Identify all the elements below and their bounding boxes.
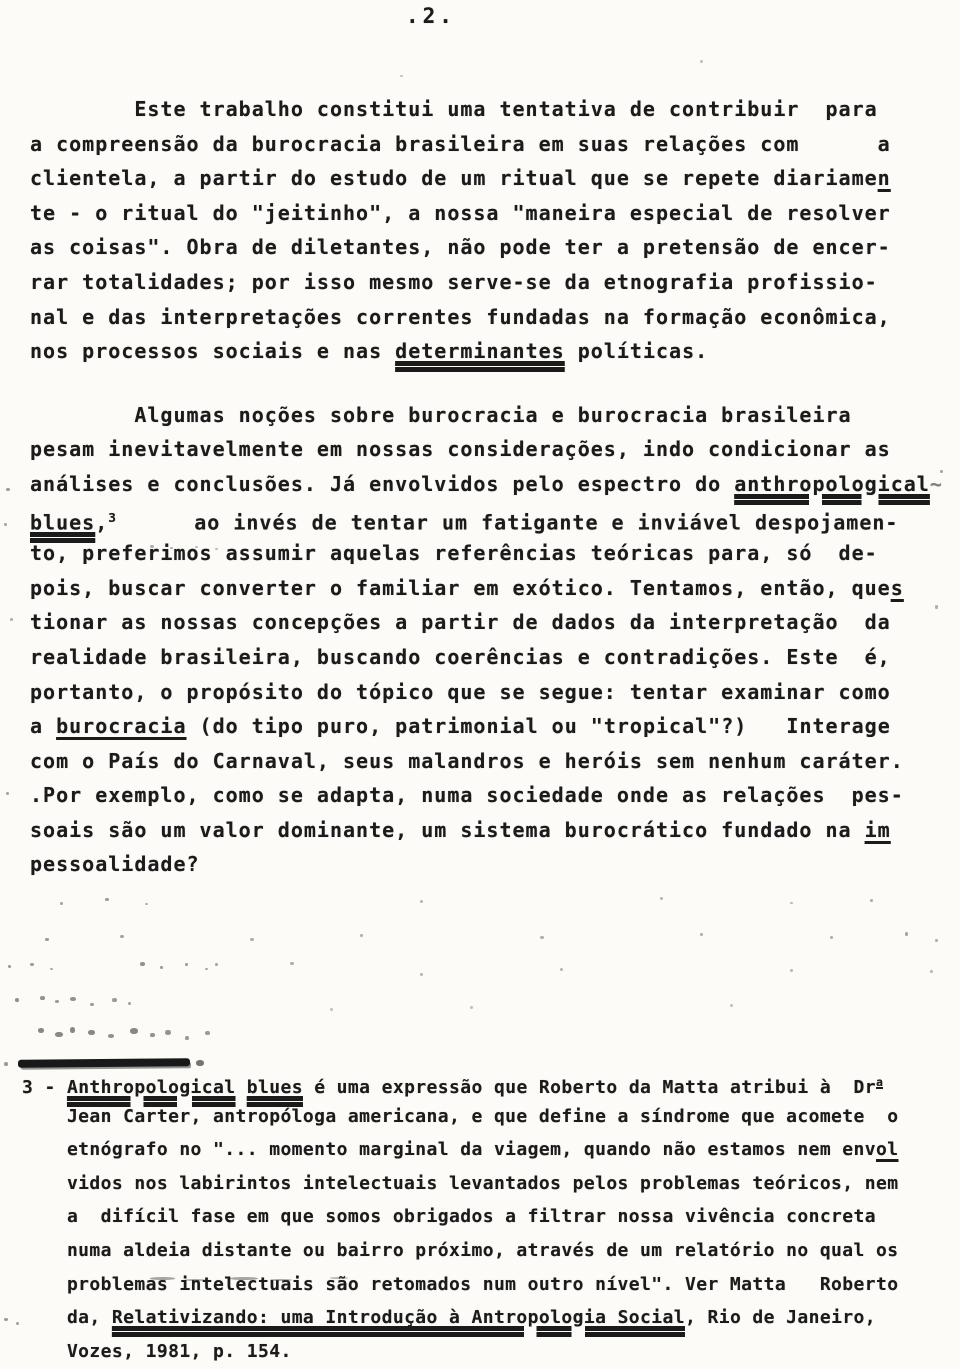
- scan-speckle: [45, 938, 49, 941]
- text-line: problemas intelectuais são retomados num…: [22, 1268, 956, 1302]
- body-paragraph: Este trabalho constitui uma tentativa de…: [30, 92, 956, 369]
- scan-speckle: [140, 962, 145, 966]
- page-number: .2.: [406, 4, 456, 28]
- text-segment: pesam inevitavelmente em nossas consider…: [30, 437, 891, 461]
- underlined-text: s: [891, 576, 904, 600]
- superscript: a: [876, 1075, 883, 1089]
- scan-speckle: [70, 1027, 75, 1033]
- scan-speckle: [400, 75, 403, 77]
- text-line: nal e das interpretações correntes funda…: [30, 300, 956, 335]
- scan-speckle: [290, 962, 294, 965]
- text-segment: pois, buscar converter o familiar em exó…: [30, 576, 891, 600]
- text-line: Algumas noções sobre burocracia e burocr…: [30, 398, 956, 433]
- text-segment: 3 -: [22, 1077, 67, 1098]
- text-segment: as coisas". Obra de diletantes, não pode…: [30, 235, 891, 259]
- text-segment: a compreensão da burocracia brasileira e…: [30, 132, 891, 156]
- text-segment: ~: [930, 472, 943, 496]
- text-line: pessoalidade?: [30, 847, 956, 882]
- scan-speckle: [105, 898, 109, 901]
- text-segment: (do tipo puro, patrimonial ou "tropical"…: [187, 714, 891, 738]
- scan-speckle: [660, 897, 663, 900]
- scan-speckle: [120, 935, 124, 938]
- scan-speckle: [700, 60, 703, 63]
- scan-speckle: [55, 1032, 63, 1037]
- scan-speckle: [205, 1031, 210, 1035]
- text-segment: da,: [22, 1307, 112, 1328]
- text-line: Jean Carter, antropóloga americana, e qu…: [22, 1100, 956, 1134]
- text-line: com o País do Carnaval, seus malandros e…: [30, 744, 956, 779]
- text-line: pesam inevitavelmente em nossas consider…: [30, 432, 956, 467]
- underlined-text: Relativizando: uma Introdução à Antropol…: [112, 1307, 685, 1328]
- text-segment: problemas intelectuais são retomados num…: [22, 1274, 898, 1295]
- scan-speckle: [8, 965, 11, 968]
- underlined-text: blues: [247, 1077, 303, 1098]
- text-segment: rar totalidades; por isso mesmo serve-se…: [30, 270, 878, 294]
- text-line: nos processos sociais e nas determinante…: [30, 334, 956, 369]
- text-segment: portanto, o propósito do tópico que se s…: [30, 680, 891, 704]
- footnote: 3 - Anthropological blues é uma expressã…: [22, 1066, 956, 1368]
- scan-speckle: [112, 998, 117, 1002]
- text-segment: .Por exemplo, como se adapta, numa socie…: [30, 783, 904, 807]
- scan-speckle: [930, 970, 933, 973]
- scan-speckle: [70, 997, 76, 1001]
- underlined-text: burocracia: [56, 714, 186, 738]
- scan-speckle: [870, 899, 873, 902]
- document-page: .2. Este trabalho constitui uma tentativ…: [0, 0, 960, 1369]
- scan-speckle: [40, 996, 45, 1000]
- scan-speckle: [185, 963, 188, 966]
- text-line: a burocracia (do tipo puro, patrimonial …: [30, 709, 956, 744]
- scan-speckle: [15, 998, 19, 1002]
- scan-speckle: [185, 1036, 189, 1040]
- scan-speckle: [790, 969, 793, 972]
- scan-speckle: [360, 934, 363, 937]
- text-segment: análises e conclusões. Já envolvidos pel…: [30, 472, 734, 496]
- underlined-text: n: [878, 166, 891, 190]
- scan-speckle: [30, 963, 34, 966]
- underlined-text: anthropological: [734, 472, 930, 496]
- scan-speckle: [730, 1004, 733, 1007]
- text-segment: tionar as nossas concepções a partir de …: [30, 610, 891, 634]
- body-text: Este trabalho constitui uma tentativa de…: [30, 92, 956, 882]
- text-segment: vidos nos labirintos intelectuais levant…: [22, 1173, 898, 1194]
- scan-speckle: [560, 968, 563, 971]
- text-line: to, preferimos assumir aquelas referênci…: [30, 536, 956, 571]
- text-line: clientela, a partir do estudo de um ritu…: [30, 161, 956, 196]
- text-line: rar totalidades; por isso mesmo serve-se…: [30, 265, 956, 300]
- text-segment: to, preferimos assumir aquelas referênci…: [30, 541, 878, 565]
- superscript: 3: [108, 511, 116, 526]
- text-line: análises e conclusões. Já envolvidos pel…: [30, 467, 956, 502]
- text-line: soais são um valor dominante, um sistema…: [30, 813, 956, 848]
- text-line: a difícil fase em que somos obrigados a …: [22, 1200, 956, 1234]
- text-line: realidade brasileira, buscando coerência…: [30, 640, 956, 675]
- text-segment: etnógrafo no "... momento marginal da vi…: [22, 1139, 876, 1160]
- scan-speckle: [4, 1062, 8, 1066]
- body-paragraph: Algumas noções sobre burocracia e burocr…: [30, 398, 956, 882]
- text-line: vidos nos labirintos intelectuais levant…: [22, 1167, 956, 1201]
- scan-speckle: [420, 900, 423, 903]
- scan-speckle: [830, 936, 833, 939]
- text-line: .Por exemplo, como se adapta, numa socie…: [30, 778, 956, 813]
- text-segment: políticas.: [565, 339, 708, 363]
- scan-speckle: [128, 1002, 131, 1005]
- text-line: Vozes, 1981, p. 154.: [22, 1335, 956, 1369]
- scan-speckle: [330, 1008, 333, 1011]
- text-segment: nos processos sociais e nas: [30, 339, 395, 363]
- scan-speckle: [6, 488, 10, 491]
- scan-speckle: [60, 902, 63, 905]
- text-line: numa aldeia distante ou bairro próximo, …: [22, 1234, 956, 1268]
- underlined-text: Anthropological: [67, 1077, 236, 1098]
- text-segment: a: [30, 714, 56, 738]
- scan-speckle: [935, 939, 938, 942]
- scan-speckle: [6, 792, 9, 795]
- underlined-text: blues: [30, 510, 95, 534]
- text-line: te - o ritual do "jeitinho", a nossa "ma…: [30, 196, 956, 231]
- text-line: etnógrafo no "... momento marginal da vi…: [22, 1133, 956, 1167]
- text-line: as coisas". Obra de diletantes, não pode…: [30, 230, 956, 265]
- text-segment: Este trabalho constitui uma tentativa de…: [30, 97, 878, 121]
- scan-speckle: [160, 966, 163, 969]
- scan-speckle: [540, 936, 544, 939]
- text-line: Este trabalho constitui uma tentativa de…: [30, 92, 956, 127]
- text-segment: nal e das interpretações correntes funda…: [30, 305, 891, 329]
- scan-speckle: [16, 1322, 19, 1325]
- scan-speckle: [215, 963, 218, 966]
- text-segment: te - o ritual do "jeitinho", a nossa "ma…: [30, 201, 891, 225]
- text-line: portanto, o propósito do tópico que se s…: [30, 675, 956, 710]
- text-segment: numa aldeia distante ou bairro próximo, …: [22, 1240, 898, 1261]
- scan-speckle: [4, 1318, 8, 1321]
- text-line: da, Relativizando: uma Introdução à Antr…: [22, 1301, 956, 1335]
- scan-speckle: [90, 1003, 94, 1006]
- scan-speckle: [10, 618, 13, 621]
- text-segment: é uma expressão que Roberto da Matta atr…: [303, 1077, 876, 1098]
- scan-speckle: [4, 523, 7, 526]
- text-segment: a difícil fase em que somos obrigados a …: [22, 1206, 876, 1227]
- underlined-text: im: [865, 818, 891, 842]
- text-segment: clientela, a partir do estudo de um ritu…: [30, 166, 878, 190]
- text-segment: realidade brasileira, buscando coerência…: [30, 645, 891, 669]
- scan-speckle: [165, 1030, 171, 1035]
- scan-speckle: [145, 903, 148, 905]
- text-line: 3 - Anthropological blues é uma expressã…: [22, 1066, 956, 1100]
- text-line: a compreensão da burocracia brasileira e…: [30, 127, 956, 162]
- text-segment: , Rio de Janeiro,: [685, 1307, 876, 1328]
- text-segment: Vozes, 1981, p. 154.: [22, 1341, 292, 1362]
- scan-speckle: [470, 1006, 473, 1009]
- scan-speckle: [108, 1034, 114, 1038]
- scan-speckle: [905, 932, 908, 936]
- scan-speckle: [205, 968, 208, 970]
- scan-speckle: [88, 1030, 95, 1035]
- text-segment: com o País do Carnaval, seus malandros e…: [30, 749, 904, 773]
- underlined-text: determinantes: [395, 339, 565, 363]
- scan-speckle: [250, 938, 254, 941]
- text-line: blues,3 ao invés de tentar um fatigante …: [30, 502, 956, 537]
- text-segment: ,: [95, 510, 108, 534]
- scan-speckle: [420, 973, 423, 976]
- text-segment: pessoalidade?: [30, 852, 200, 876]
- scan-speckle: [790, 902, 793, 904]
- text-segment: Jean Carter, antropóloga americana, e qu…: [22, 1106, 898, 1127]
- text-line: tionar as nossas concepções a partir de …: [30, 605, 956, 640]
- scan-speckle: [55, 1000, 59, 1003]
- text-segment: [236, 1077, 247, 1098]
- text-segment: Algumas noções sobre burocracia e burocr…: [30, 403, 852, 427]
- text-segment: soais são um valor dominante, um sistema…: [30, 818, 865, 842]
- scan-speckle: [150, 1033, 155, 1037]
- scan-speckle: [700, 933, 703, 936]
- underlined-text: ol: [876, 1139, 898, 1160]
- scan-speckle: [50, 968, 53, 970]
- scan-speckle: [38, 1028, 44, 1033]
- text-segment: ao invés de tentar um fatigante e inviáv…: [116, 510, 898, 534]
- text-line: pois, buscar converter o familiar em exó…: [30, 571, 956, 606]
- scan-speckle: [130, 1028, 138, 1034]
